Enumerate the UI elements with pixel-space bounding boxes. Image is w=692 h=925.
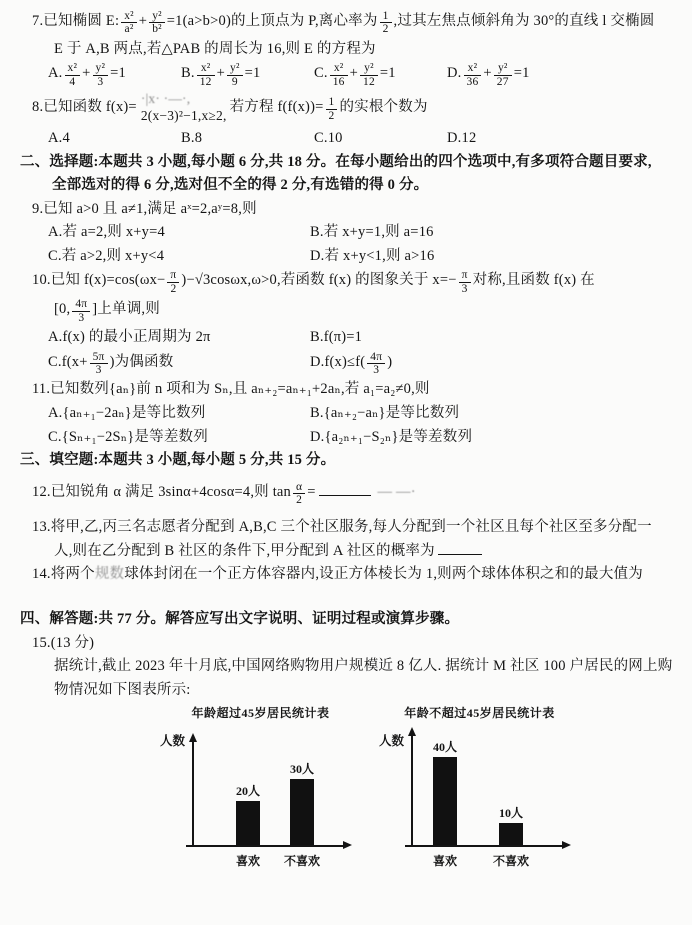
text-run: 规数 (95, 566, 124, 582)
section2-line2: 全部选对的得 6 分,选对但不全的得 2 分,有选错的得 0 分。 (8, 175, 678, 196)
text-run: =1 (245, 65, 261, 81)
q8-options-col2: C.10 (314, 128, 447, 149)
text-run: A.4 (48, 130, 70, 146)
chart-under-45-y-axis (411, 735, 413, 847)
bar-value-label: 10人 (499, 804, 523, 821)
text-run: B.f(π)=1 (310, 329, 362, 345)
q10-options-ab-col1: B.f(π)=1 (310, 327, 678, 348)
q13-line2: 人,则在乙分配到 B 社区的条件下,甲分配到 A 社区的概率为 (8, 540, 678, 561)
text-run: 二、选择题:本题共 3 小题,每小题 6 分,共 18 分。在每小题给出的四个选… (20, 154, 652, 170)
fraction: y²b² (149, 10, 165, 36)
text-run: = (307, 484, 315, 500)
text-run: 若方程 f(f(x))= (230, 99, 324, 115)
text-run: ) (387, 354, 392, 370)
fraction: y²3 (93, 62, 109, 88)
text-run: D.若 x+y<1,则 a>16 (310, 248, 434, 264)
answer-blank (319, 481, 371, 496)
q7-options-col0: A.x²4+y²3=1 (48, 62, 181, 88)
text-run: + (139, 13, 147, 29)
text-run: =1 (110, 65, 126, 81)
answer-blank (438, 540, 482, 555)
q10-options-ab-col0: A.f(x) 的最小正周期为 2π (48, 327, 310, 348)
bar-category-label: 不喜欢 (493, 852, 529, 869)
text-run: =1 (380, 65, 396, 81)
text-run: C.若 a>2,则 x+y<4 (48, 248, 164, 264)
piecewise-function: ·|x· ·—·,2(x−3)²−1,x≥2, (140, 91, 227, 125)
text-run: 7.已知椭圆 E: (32, 13, 119, 29)
text-run: D.f(x)≤f( (310, 354, 365, 370)
bar-不喜欢 (290, 779, 314, 845)
section4: 四、解答题:共 77 分。解答应写出文字说明、证明过程或演算步骤。 (8, 609, 678, 630)
q10-options-cd-col1: D.f(x)≤f(4π3) (310, 351, 678, 377)
fraction: 4π3 (72, 298, 90, 324)
text-run: B. (181, 65, 195, 81)
bar-value-label: 30人 (290, 760, 314, 777)
q13-line1: 13.将甲,乙,丙三名志愿者分配到 A,B,C 三个社区服务,每人分配到一个社区… (8, 517, 678, 538)
q9-options-ab-col1: B.若 x+y=1,则 a=16 (310, 222, 678, 243)
bar-喜欢 (433, 757, 457, 845)
fraction: 12 (326, 96, 338, 122)
text-run: A.f(x) 的最小正周期为 2π (48, 329, 211, 345)
chart-under-45: 年龄不超过45岁居民统计表 人数 40人喜欢10人不喜欢 (377, 704, 582, 869)
q11-options-cd-col0: C.{Sₙ₊₁−2Sₙ}是等差数列 (48, 427, 310, 448)
text-run: )−√3cosωx,ω>0,若函数 f(x) 的图象关于 x=− (181, 272, 456, 288)
text-run: 全部选对的得 6 分,选对但不全的得 2 分,有选错的得 0 分。 (52, 177, 428, 193)
q11-options-cd: C.{Sₙ₊₁−2Sₙ}是等差数列D.{a₂ₙ₊₁−S₂ₙ}是等差数列 (8, 427, 678, 448)
q12-line1: 12.已知锐角 α 满足 3sinα+4cosα=4,则 tanα2= — —· (8, 481, 678, 507)
q7-line1: 7.已知椭圆 E:x²a²+y²b²=1(a>b>0)的上顶点为 P,离心率为1… (8, 10, 678, 36)
fraction: y²12 (360, 62, 378, 88)
q8-options-col0: A.4 (48, 128, 181, 149)
text-run: 据统计,截止 2023 年十月底,中国网络购物用户规模近 8 亿人. 据统计 M… (54, 658, 672, 674)
chart-over-45-y-axis (192, 741, 194, 847)
q15-para2: 物情况如下图表所示: (8, 680, 678, 701)
fraction: x²4 (65, 62, 81, 88)
text-run: D. (447, 65, 462, 81)
bar-category-label: 不喜欢 (284, 852, 320, 869)
text-run: C.10 (314, 130, 343, 146)
text-run: 物情况如下图表所示: (54, 682, 191, 698)
chart-under-45-x-axis (405, 845, 563, 847)
q9-options-cd: C.若 a>2,则 x+y<4D.若 x+y<1,则 a>16 (8, 246, 678, 267)
text-run: + (350, 65, 358, 81)
text-run: =1 (514, 65, 530, 81)
text-run: 12.已知锐角 α 满足 3sinα+4cosα=4,则 tan (32, 484, 291, 500)
q9-options-cd-col1: D.若 x+y<1,则 a>16 (310, 246, 678, 267)
q10-line2: [0,4π3]上单调,则 (8, 298, 678, 324)
fraction: 4π3 (367, 351, 385, 377)
text-run: [0, (54, 301, 70, 317)
bar-不喜欢 (499, 823, 523, 845)
q7-options-col3: D.x²36+y²27=1 (447, 62, 678, 88)
chart-under-45-ylabel: 人数 (379, 731, 404, 749)
q14-line1: 14.将两个规数球体封闭在一个正方体容器内,设正方体棱长为 1,则两个球体体积之… (8, 564, 678, 585)
q10-options-ab: A.f(x) 的最小正周期为 2πB.f(π)=1 (8, 327, 678, 348)
q7-line2: E 于 A,B 两点,若△PAB 的周长为 16,则 E 的方程为 (8, 39, 678, 60)
q15-line1: 15.(13 分) (8, 633, 678, 654)
q9-line1: 9.已知 a>0 且 a≠1,满足 aˣ=2,aʸ=8,则 (8, 199, 678, 220)
q9-options-ab-col0: A.若 a=2,则 x+y=4 (48, 222, 310, 243)
text-run: A. (48, 65, 63, 81)
fraction: x²36 (464, 62, 482, 88)
text-run: ,过其左焦点倾斜角为 30°的直线 l 交椭圆 (394, 13, 655, 29)
text-run: 的实根个数为 (339, 99, 427, 115)
text-run: A.{aₙ₊₁−2aₙ}是等比数列 (48, 405, 205, 421)
q9-options-cd-col0: C.若 a>2,则 x+y<4 (48, 246, 310, 267)
q8-options-col1: B.8 (181, 128, 314, 149)
bar-category-label: 喜欢 (433, 852, 457, 869)
fraction: x²12 (197, 62, 215, 88)
text-run: 13.将甲,乙,丙三名志愿者分配到 A,B,C 三个社区服务,每人分配到一个社区… (32, 519, 652, 535)
q8-line1: 8.已知函数 f(x)=·|x· ·—·,2(x−3)²−1,x≥2,若方程 f… (8, 91, 678, 125)
q11-options-cd-col1: D.{a₂ₙ₊₁−S₂ₙ}是等差数列 (310, 427, 678, 448)
q11-options-ab-col0: A.{aₙ₊₁−2aₙ}是等比数列 (48, 403, 310, 424)
text-run: 9.已知 a>0 且 a≠1,满足 aˣ=2,aʸ=8,则 (32, 201, 257, 217)
q8-options: A.4B.8C.10D.12 (8, 128, 678, 149)
text-run: 对称,且函数 f(x) 在 (473, 272, 595, 288)
fraction: x²16 (330, 62, 348, 88)
text-run: )为偶函数 (110, 354, 174, 370)
bar-喜欢 (236, 801, 260, 845)
q7-options-col2: C.x²16+y²12=1 (314, 62, 447, 88)
text-run: =1(a>b>0)的上顶点为 P,离心率为 (167, 13, 378, 29)
text-run: C. (314, 65, 328, 81)
chart-under-45-title: 年龄不超过45岁居民统计表 (377, 704, 582, 721)
exam-paper-page: 7.已知椭圆 E:x²a²+y²b²=1(a>b>0)的上顶点为 P,离心率为1… (0, 0, 692, 925)
bar-category-label: 喜欢 (236, 852, 260, 869)
q7-options-col1: B.x²12+y²9=1 (181, 62, 314, 88)
text-run: D.12 (447, 130, 476, 146)
q11-options-ab: A.{aₙ₊₁−2aₙ}是等比数列B.{aₙ₊₂−aₙ}是等比数列 (8, 403, 678, 424)
chart-over-45-title: 年龄超过45岁居民统计表 (158, 704, 363, 721)
q10-options-cd: C.f(x+5π3)为偶函数D.f(x)≤f(4π3) (8, 351, 678, 377)
text-run: 11.已知数列{aₙ}前 n 项和为 Sₙ,且 aₙ₊₂=aₙ₊₁+2aₙ,若 … (32, 381, 430, 397)
text-run: — —· (374, 484, 416, 500)
text-run: C.f(x+ (48, 354, 88, 370)
text-run: 10.已知 f(x)=cos(ωx− (32, 272, 165, 288)
fraction: 12 (380, 10, 392, 36)
text-run: 14.将两个 (32, 566, 95, 582)
fraction: π3 (459, 269, 471, 295)
q11-line1: 11.已知数列{aₙ}前 n 项和为 Sₙ,且 aₙ₊₂=aₙ₊₁+2aₙ,若 … (8, 379, 678, 400)
fraction: α2 (293, 481, 305, 507)
text-run: D.{a₂ₙ₊₁−S₂ₙ}是等差数列 (310, 429, 472, 445)
q11-options-ab-col1: B.{aₙ₊₂−aₙ}是等比数列 (310, 403, 678, 424)
section2-line1: 二、选择题:本题共 3 小题,每小题 6 分,共 18 分。在每小题给出的四个选… (8, 152, 678, 173)
text-run: 球体封闭在一个正方体容器内,设正方体棱长为 1,则两个球体体积之和的最大值为 (124, 566, 643, 582)
q9-options-ab: A.若 a=2,则 x+y=4B.若 x+y=1,则 a=16 (8, 222, 678, 243)
text-run: ]上单调,则 (92, 301, 160, 317)
q8-options-col3: D.12 (447, 128, 678, 149)
bar-value-label: 20人 (236, 782, 260, 799)
text-run: 四、解答题:共 77 分。解答应写出文字说明、证明过程或演算步骤。 (20, 611, 459, 627)
chart-over-45-ylabel: 人数 (160, 731, 185, 749)
text-run: + (82, 65, 90, 81)
q15-para1: 据统计,截止 2023 年十月底,中国网络购物用户规模近 8 亿人. 据统计 M… (8, 656, 678, 677)
fraction: x²a² (121, 10, 137, 36)
fraction: π2 (167, 269, 179, 295)
text-run: 人,则在乙分配到 B 社区的条件下,甲分配到 A 社区的概率为 (54, 543, 435, 559)
section3: 三、填空题:本题共 3 小题,每小题 5 分,共 15 分。 (8, 450, 678, 471)
text-run: + (217, 65, 225, 81)
q10-options-cd-col0: C.f(x+5π3)为偶函数 (48, 351, 310, 377)
fraction: y²27 (494, 62, 512, 88)
text-run: E 于 A,B 两点,若△PAB 的周长为 16,则 E 的方程为 (54, 41, 376, 57)
text-run: B.若 x+y=1,则 a=16 (310, 224, 434, 240)
text-run: B.8 (181, 130, 202, 146)
q10-line1: 10.已知 f(x)=cos(ωx−π2)−√3cosωx,ω>0,若函数 f(… (8, 269, 678, 295)
document-lines: 7.已知椭圆 E:x²a²+y²b²=1(a>b>0)的上顶点为 P,离心率为1… (8, 10, 678, 700)
bar-value-label: 40人 (433, 738, 457, 755)
fraction: y²9 (227, 62, 243, 88)
chart-over-45-x-axis (186, 845, 344, 847)
text-run: C.{Sₙ₊₁−2Sₙ}是等差数列 (48, 429, 208, 445)
text-run: 三、填空题:本题共 3 小题,每小题 5 分,共 15 分。 (20, 452, 335, 468)
chart-over-45-plot: 人数 20人喜欢30人不喜欢 (158, 723, 363, 869)
text-run: 8.已知函数 f(x)= (32, 99, 137, 115)
text-run: B.{aₙ₊₂−aₙ}是等比数列 (310, 405, 459, 421)
text-run: 15.(13 分) (32, 635, 94, 651)
chart-over-45: 年龄超过45岁居民统计表 人数 20人喜欢30人不喜欢 (158, 704, 363, 869)
text-run: + (483, 65, 491, 81)
charts-row: 年龄超过45岁居民统计表 人数 20人喜欢30人不喜欢 年龄不超过45岁居民统计… (8, 704, 678, 869)
text-run: A.若 a=2,则 x+y=4 (48, 224, 165, 240)
chart-under-45-plot: 人数 40人喜欢10人不喜欢 (377, 723, 582, 869)
fraction: 5π3 (90, 351, 108, 377)
q7-options: A.x²4+y²3=1B.x²12+y²9=1C.x²16+y²12=1D.x²… (8, 62, 678, 88)
